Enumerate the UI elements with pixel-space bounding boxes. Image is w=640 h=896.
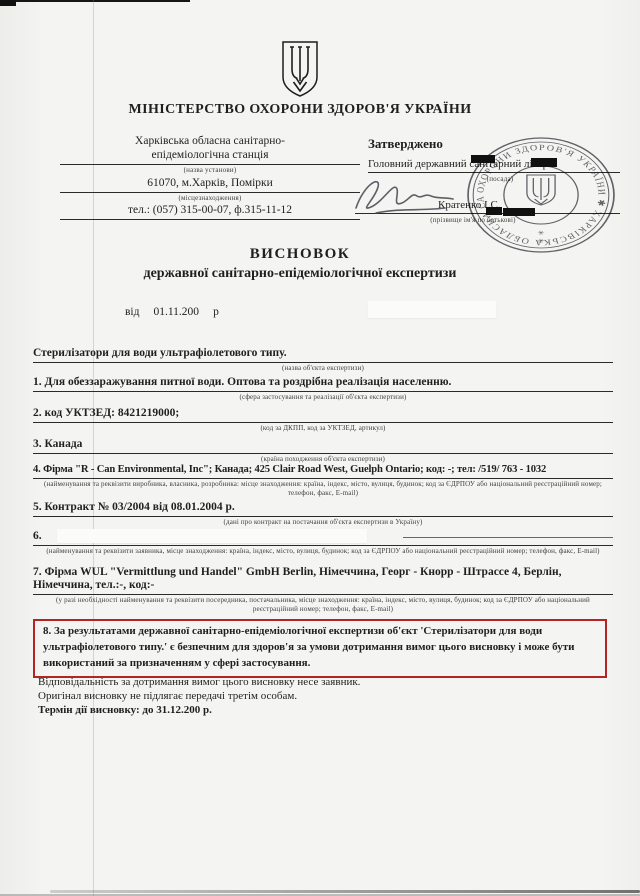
footer-responsibility: Відповідальність за дотримання вимог цьо… bbox=[38, 676, 360, 688]
ministry-title: МІНІСТЕРСТВО ОХОРОНИ ЗДОРОВ'Я УКРАЇНИ bbox=[0, 102, 600, 118]
field-caption: (у разі необхідності найменування та рек… bbox=[33, 595, 613, 614]
document-title: ВИСНОВОК bbox=[0, 246, 600, 263]
field-value: 5. Контракт № 03/2004 від 08.01.2004 р. bbox=[33, 501, 613, 517]
field-value: 1. Для обеззаражування питної води. Опто… bbox=[33, 376, 613, 392]
conclusion-text: 8. За результатами державної санітарно-е… bbox=[43, 624, 597, 672]
applicant-partial-line bbox=[403, 537, 613, 538]
conclusion-box: 8. За результатами державної санітарно-е… bbox=[33, 619, 607, 678]
field-intermediary: 7. Фірма WUL "Vermittlung und Handel" Gm… bbox=[33, 566, 613, 614]
field-caption: (дані про контракт на постачання об'єкта… bbox=[33, 517, 613, 527]
institution-phone: тел.: (057) 315-00-07, ф.315-11-12 bbox=[60, 203, 360, 220]
date-prefix: від bbox=[125, 306, 139, 318]
stamp-dot-2: ✳ bbox=[538, 238, 545, 245]
field-caption: (найменування та реквізити заявника, міс… bbox=[33, 546, 613, 556]
field-value: 2. код УКТЗЕД: 8421219000; bbox=[33, 407, 613, 423]
scan-artifact-bottom-shadow bbox=[50, 890, 640, 893]
field-contract: 5. Контракт № 03/2004 від 08.01.2004 р. … bbox=[33, 501, 613, 527]
institution-name: Харківська обласна санітарно- епідеміоло… bbox=[60, 134, 360, 165]
field-value: 3. Канада bbox=[33, 438, 613, 454]
institution-block: Харківська обласна санітарно- епідеміоло… bbox=[60, 134, 360, 220]
redaction-mark bbox=[486, 207, 502, 215]
date-suffix: р bbox=[213, 306, 219, 318]
footer-validity-term: Термін дії висновку: до 31.12.200 р. bbox=[38, 704, 212, 716]
footer-original: Оригінал висновку не підлягає передачі т… bbox=[38, 690, 297, 702]
document-subtitle: державної санітарно-епідеміологічної екс… bbox=[0, 266, 600, 282]
redaction-mark bbox=[503, 208, 535, 216]
field-caption: (найменування та реквізити виробника, вл… bbox=[33, 479, 613, 498]
approved-label: Затверджено bbox=[368, 136, 443, 152]
redaction-mark bbox=[531, 158, 557, 167]
institution-address: 61070, м.Харків, Помірки bbox=[60, 176, 360, 193]
field-value: Стерилізатори для води ультрафіолетового… bbox=[33, 347, 613, 363]
institution-name-line2: епідеміологічна станція bbox=[152, 149, 269, 161]
redaction-box-number bbox=[368, 301, 496, 318]
trident-emblem-icon bbox=[277, 40, 323, 100]
date-line: від01.11.200р bbox=[125, 306, 219, 318]
field-uktzed-code: 2. код УКТЗЕД: 8421219000; (код за ДКПП,… bbox=[33, 407, 613, 433]
field-application-sphere: 1. Для обеззаражування питної води. Опто… bbox=[33, 376, 613, 402]
field-caption: (назва об'єкта експертизи) bbox=[33, 363, 613, 373]
redaction-mark bbox=[471, 155, 495, 163]
institution-name-caption: (назва установи) bbox=[60, 165, 360, 176]
document-page: МІНІСТЕРСТВО ОХОРОНИ ЗДОРОВ'Я УКРАЇНИ Ха… bbox=[0, 0, 640, 896]
stamp-dot-1: ✳ bbox=[538, 230, 545, 237]
scan-artifact-top-edge bbox=[0, 0, 190, 2]
field-caption: (сфера застосування та реалізації об'єкт… bbox=[33, 392, 613, 402]
institution-address-caption: (місцезнаходження) bbox=[60, 193, 360, 204]
field-applicant: 6. (найменування та реквізити заявника, … bbox=[33, 530, 613, 556]
field-value: 4. Фірма "R - Can Environmental, Inc"; К… bbox=[33, 463, 613, 479]
field-country: 3. Канада (країна походження об'єкта екс… bbox=[33, 438, 613, 464]
date-value: 01.11.200 bbox=[153, 306, 199, 318]
field-caption: (код за ДКПП, код за УКТЗЕД, артикул) bbox=[33, 423, 613, 433]
institution-name-line1: Харківська обласна санітарно- bbox=[135, 135, 285, 147]
redaction-box-applicant bbox=[57, 529, 367, 543]
field-object-name: Стерилізатори для води ультрафіолетового… bbox=[33, 347, 613, 373]
field-value: 7. Фірма WUL "Vermittlung und Handel" Gm… bbox=[33, 566, 613, 595]
scan-artifact-top-corner bbox=[0, 0, 16, 6]
field-manufacturer: 4. Фірма "R - Can Environmental, Inc"; К… bbox=[33, 463, 613, 498]
